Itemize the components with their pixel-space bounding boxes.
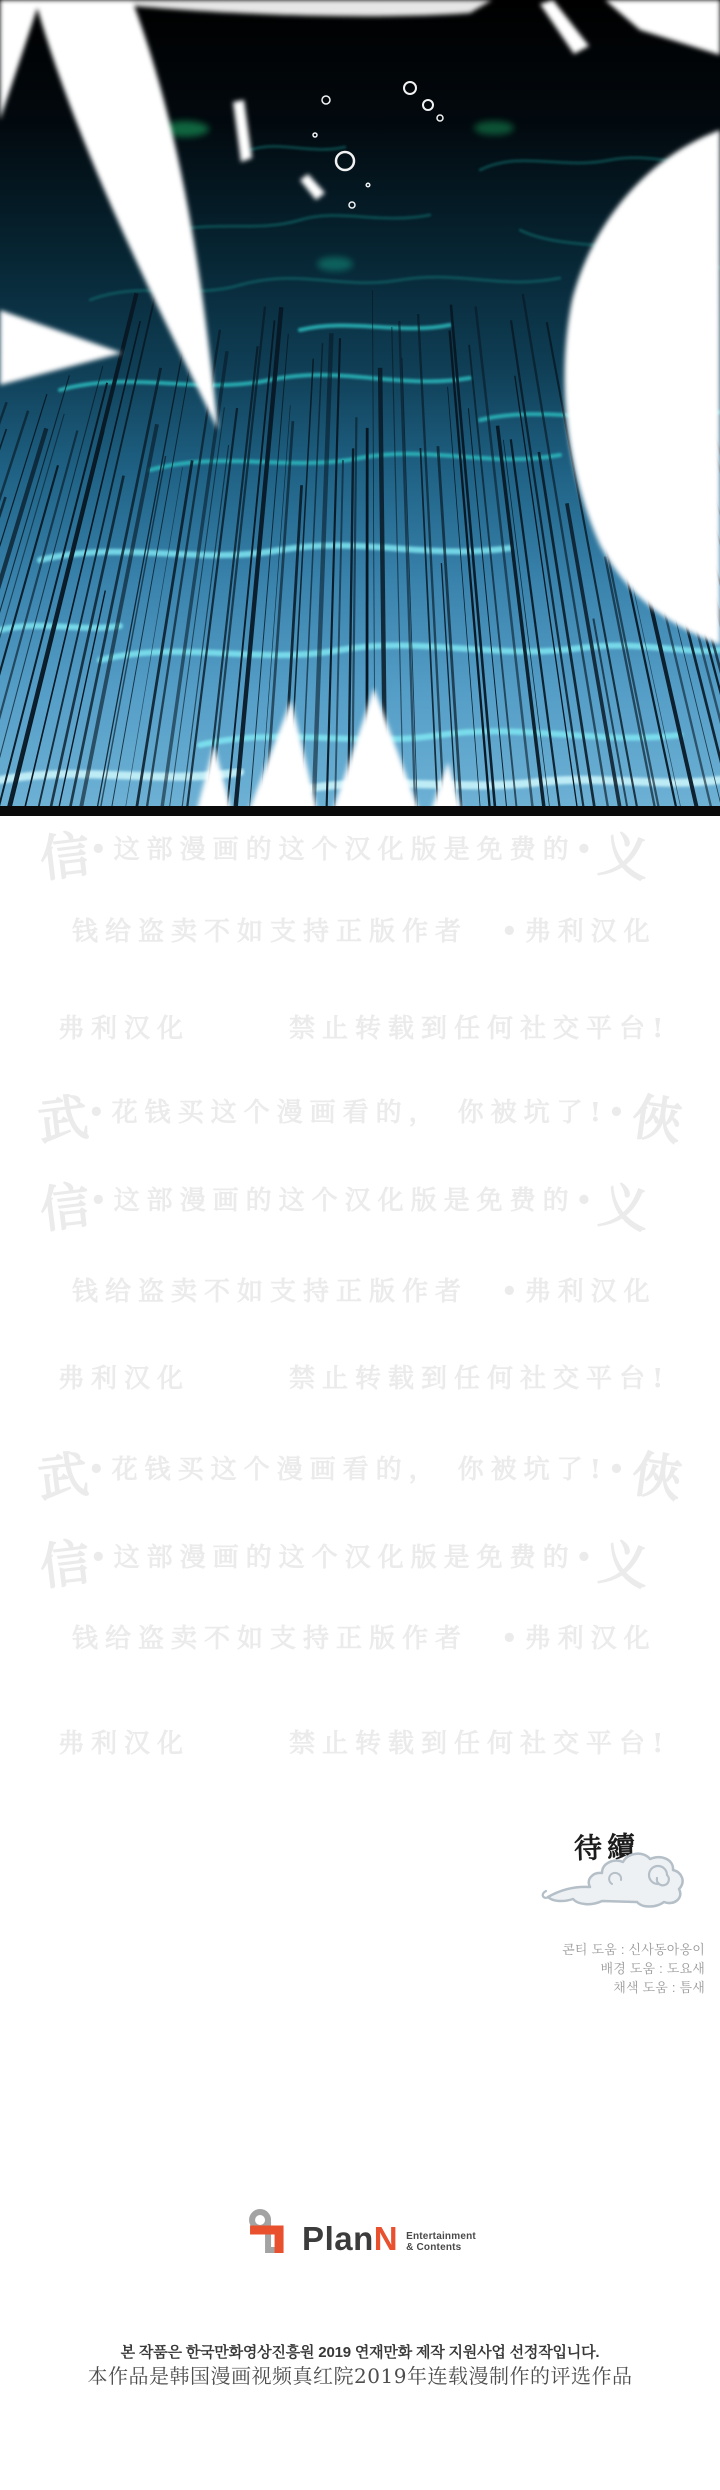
watermark-line: 信•这部漫画的这个汉化版是免费的•义 (40, 832, 649, 882)
watermark-big-char-left: 信 (37, 1180, 93, 1236)
credit-line: 채색 도움 : 틈새 (562, 1978, 705, 1997)
watermark-big-char-left: 信 (37, 1537, 93, 1593)
logo-n-text: N (374, 2220, 398, 2257)
watermark-text: •花钱买这个漫画看的， 你被坑了!• (88, 1098, 632, 1128)
watermark-text: •这部漫画的这个汉化版是免费的• (90, 1186, 599, 1216)
watermark-line: 弗利汉化 禁止转载到任何社交平台! (58, 1730, 670, 1760)
watermark-text: •这部漫画的这个汉化版是免费的• (90, 835, 599, 865)
watermark-big-char-left: 信 (37, 829, 93, 885)
logo-tagline-line2: & Contents (406, 2242, 476, 2253)
cloud-icon (540, 1850, 692, 1910)
watermark-line: 信•这部漫画的这个汉化版是免费的•义 (40, 1183, 649, 1233)
credit-line: 배경 도움 : 도요새 (562, 1959, 705, 1978)
watermark-big-char-left: 武 (35, 1092, 91, 1148)
credit-line: 콘티 도움 : 신사동아옹이 (562, 1940, 705, 1959)
panel-border (0, 806, 720, 816)
logo-tagline: Entertainment & Contents (406, 2231, 476, 2253)
watermark-text: 弗利汉化 禁止转载到任何社交平台! (58, 1364, 670, 1394)
watermark-text: 弗利汉化 禁止转载到任何社交平台! (58, 1014, 670, 1044)
comic-panel-art (0, 0, 720, 816)
watermark-big-char-right: 俠 (628, 1449, 684, 1505)
logo-plan-text: Plan (302, 2220, 374, 2257)
watermark-text: •这部漫画的这个汉化版是免费的• (90, 1543, 599, 1573)
watermark-big-char-left: 武 (35, 1449, 91, 1505)
credits: 콘티 도움 : 신사동아옹이 배경 도움 : 도요새 채색 도움 : 틈새 (562, 1940, 705, 1997)
watermark-line: 弗利汉化 禁止转载到任何社交平台! (58, 1365, 670, 1395)
watermark-line: 信•这部漫画的这个汉化版是免费的•义 (40, 1540, 649, 1590)
watermark-line: 武•花钱买这个漫画看的， 你被坑了!•俠 (38, 1452, 682, 1502)
plann-logo-text: PlanN (302, 2222, 398, 2255)
plann-logo-mark (244, 2208, 296, 2256)
watermark-text: 钱给盗卖不如支持正版作者 •弗利汉化 (72, 1624, 657, 1654)
logo-tagline-line1: Entertainment (406, 2231, 476, 2242)
to-be-continued: 待續 (540, 1824, 710, 1910)
watermark-line: 武•花钱买这个漫画看的， 你被坑了!•俠 (38, 1095, 682, 1145)
plann-logo: PlanN Entertainment & Contents (244, 2208, 476, 2256)
watermark-line: 钱给盗卖不如支持正版作者 •弗利汉化 (72, 1278, 657, 1308)
watermark-text: 钱给盗卖不如支持正版作者 •弗利汉化 (72, 917, 657, 947)
watermark-line: 钱给盗卖不如支持正版作者 •弗利汉化 (72, 1625, 657, 1655)
watermark-line: 钱给盗卖不如支持正版作者 •弗利汉化 (72, 918, 657, 948)
notice-korean: 본 작품은 한국만화영상진흥원 2019 연재만화 제작 지원사업 선정작입니다… (0, 2341, 720, 2362)
notice-chinese: 本作品是韩国漫画视频真红院2019年连载漫制作的评选作品 (0, 2360, 720, 2389)
webtoon-page: 信•这部漫画的这个汉化版是免费的•义 钱给盗卖不如支持正版作者 •弗利汉化 弗利… (0, 0, 720, 2490)
watermark-big-char-right: 义 (596, 1537, 652, 1593)
watermark-big-char-right: 义 (596, 829, 652, 885)
watermark-text: •花钱买这个漫画看的， 你被坑了!• (88, 1455, 632, 1485)
watermark-text: 弗利汉化 禁止转载到任何社交平台! (58, 1729, 670, 1759)
watermark-text: 钱给盗卖不如支持正版作者 •弗利汉化 (72, 1277, 657, 1307)
watermark-big-char-right: 俠 (628, 1092, 684, 1148)
watermark-big-char-right: 义 (596, 1180, 652, 1236)
watermark-line: 弗利汉化 禁止转载到任何社交平台! (58, 1015, 670, 1045)
